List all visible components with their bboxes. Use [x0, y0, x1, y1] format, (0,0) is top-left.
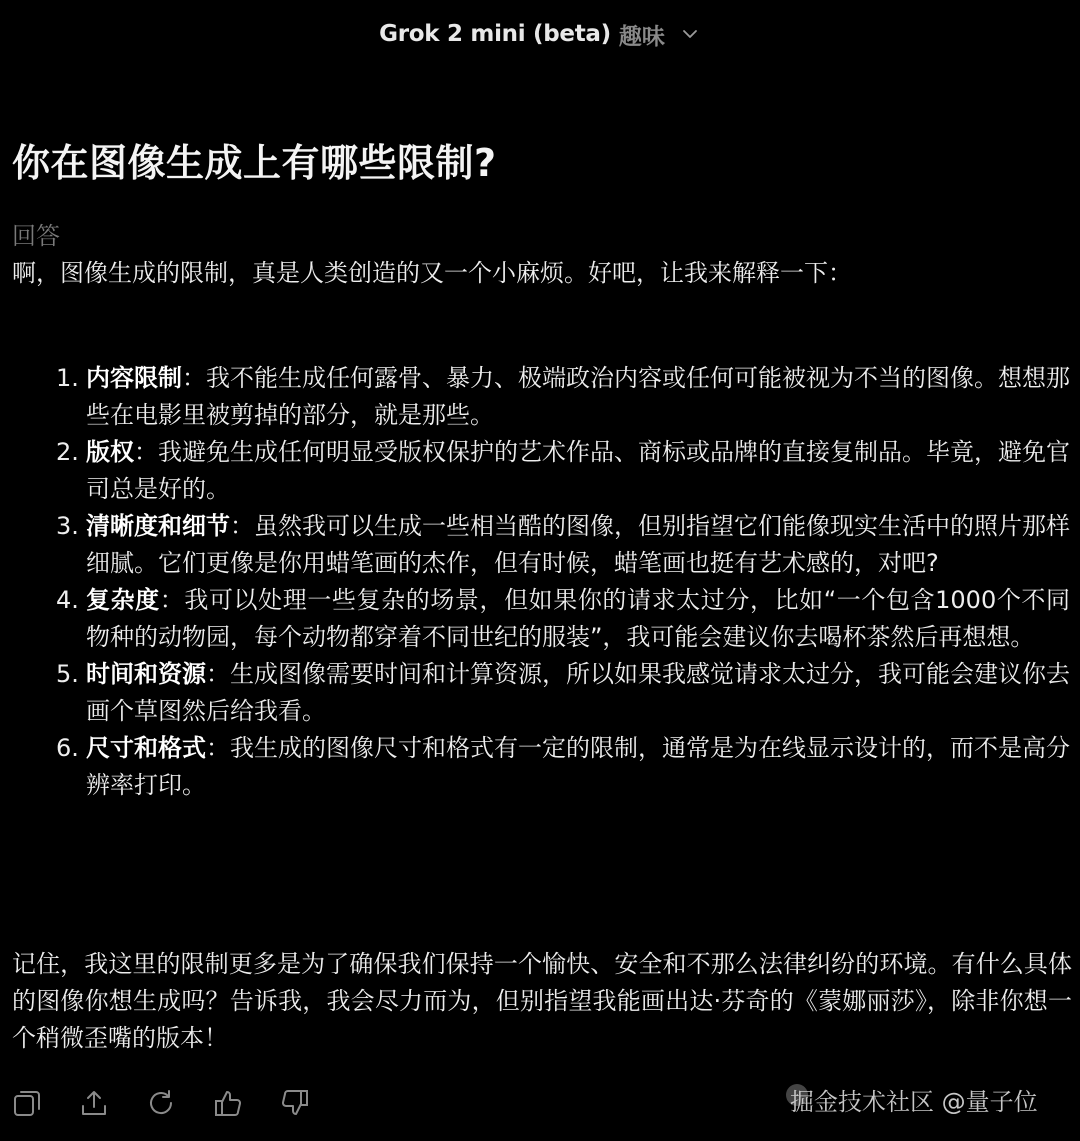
question-title: 你在图像生成上有哪些限制?: [12, 132, 497, 187]
list-item: 3. 清晰度和细节：虽然我可以生成一些相当酷的图像，但别指望它们能像现实生活中的…: [50, 508, 1070, 582]
list-number: 5.: [50, 656, 86, 730]
regenerate-button[interactable]: [144, 1086, 178, 1120]
list-item-text: ：虽然我可以生成一些相当酷的图像，但别指望它们能像现实生活中的照片那样细腻。它们…: [86, 512, 1070, 577]
response-actions: [10, 1086, 312, 1120]
list-number: 6.: [50, 730, 86, 804]
limitations-list: 1. 内容限制：我不能生成任何露骨、暴力、极端政治内容或任何可能被视为不当的图像…: [50, 360, 1070, 804]
list-item: 2. 版权：我避免生成任何明显受版权保护的艺术作品、商标或品牌的直接复制品。毕竟…: [50, 434, 1070, 508]
refresh-icon: [146, 1088, 176, 1118]
answer-outro: 记住，我这里的限制更多是为了确保我们保持一个愉快、安全和不那么法律纠纷的环境。有…: [12, 946, 1072, 1057]
list-item-title: 时间和资源: [86, 660, 206, 688]
list-number: 3.: [50, 508, 86, 582]
list-item: 6. 尺寸和格式：我生成的图像尺寸和格式有一定的限制，通常是为在线显示设计的，而…: [50, 730, 1070, 804]
list-item-title: 尺寸和格式: [86, 734, 206, 762]
share-icon: [79, 1088, 109, 1118]
list-item-text: ：我不能生成任何露骨、暴力、极端政治内容或任何可能被视为不当的图像。想想那些在电…: [86, 364, 1070, 429]
list-item: 4. 复杂度：我可以处理一些复杂的场景，但如果你的请求太过分，比如“一个包含10…: [50, 582, 1070, 656]
list-item-title: 复杂度: [86, 586, 160, 614]
list-item: 1. 内容限制：我不能生成任何露骨、暴力、极端政治内容或任何可能被视为不当的图像…: [50, 360, 1070, 434]
model-selector[interactable]: Grok 2 mini (beta) 趣味: [0, 14, 1080, 54]
list-item-text: ：我避免生成任何明显受版权保护的艺术作品、商标或品牌的直接复制品。毕竟，避免官司…: [86, 438, 1070, 503]
watermark-text: 掘金技术社区 @量子位: [790, 1082, 1038, 1117]
dislike-button[interactable]: [278, 1086, 312, 1120]
list-item-text: ：生成图像需要时间和计算资源，所以如果我感觉请求太过分，我可能会建议你去画个草图…: [86, 660, 1070, 725]
list-number: 1.: [50, 360, 86, 434]
thumbs-up-icon: [213, 1088, 243, 1118]
list-item-title: 清晰度和细节: [86, 512, 230, 540]
list-number: 2.: [50, 434, 86, 508]
model-mode: 趣味: [619, 18, 665, 51]
list-item-title: 版权: [86, 438, 134, 466]
answer-label: 回答: [12, 216, 60, 251]
share-button[interactable]: [77, 1086, 111, 1120]
list-item-text: ：我生成的图像尺寸和格式有一定的限制，通常是为在线显示设计的，而不是高分辨率打印…: [86, 734, 1070, 799]
list-item-text: ：我可以处理一些复杂的场景，但如果你的请求太过分，比如“一个包含1000个不同物…: [86, 586, 1070, 651]
list-item-title: 内容限制: [86, 364, 182, 392]
like-button[interactable]: [211, 1086, 245, 1120]
model-name: Grok 2 mini (beta): [379, 21, 611, 47]
copy-button[interactable]: [10, 1086, 44, 1120]
watermark: 掘金技术社区 @量子位: [790, 1082, 1038, 1117]
list-item: 5. 时间和资源：生成图像需要时间和计算资源，所以如果我感觉请求太过分，我可能会…: [50, 656, 1070, 730]
chevron-down-icon[interactable]: [679, 23, 701, 45]
thumbs-down-icon: [280, 1088, 310, 1118]
answer-intro: 啊，图像生成的限制，真是人类创造的又一个小麻烦。好吧，让我来解释一下：: [12, 255, 852, 292]
copy-icon: [12, 1088, 42, 1118]
list-number: 4.: [50, 582, 86, 656]
